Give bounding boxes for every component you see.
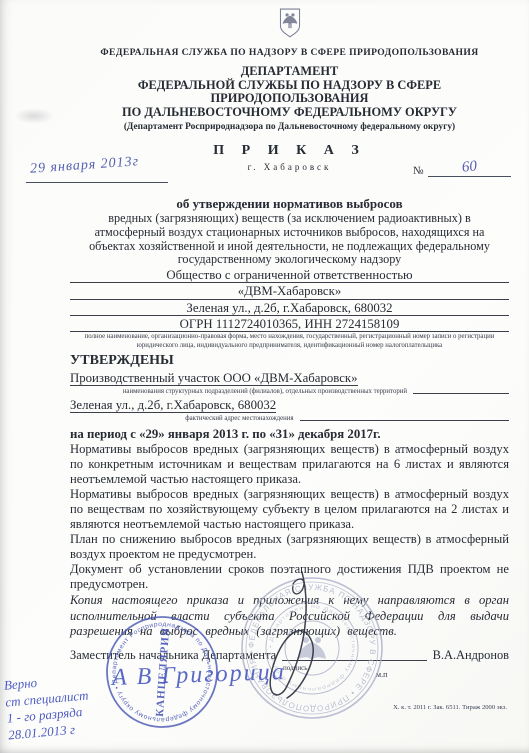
unit-caption-row: наименования структурных подразделений (… xyxy=(70,387,509,396)
signer-name: В.А.Андронов xyxy=(433,648,509,663)
subject-line: вредных (загрязняющих) веществ (за исклю… xyxy=(70,212,509,226)
org-address-line: Зеленая ул., д.2б, г.Хабаровск, 680032 xyxy=(70,302,509,316)
handwritten-number: 60 xyxy=(461,159,478,177)
department-line: ДЕПАРТАМЕНТ xyxy=(70,65,509,79)
subject-line: объектах хозяйственной и иной деятельнос… xyxy=(70,240,509,254)
body-paragraph: План по снижению выбросов вредных (загря… xyxy=(70,532,509,562)
handwritten-date: 29 января 2013г xyxy=(30,155,140,179)
certify-line: 28.01.2013 г xyxy=(8,720,92,744)
department-line: ПРИРОДОПОЛЬЗОВАНИЯ xyxy=(70,92,509,106)
department-line: ПО ДАЛЬНЕВОСТОЧНОМУ ФЕДЕРАЛЬНОМУ ОКРУГУ xyxy=(70,106,509,120)
unit-caption: наименования структурных подразделений (… xyxy=(123,388,407,396)
subject-title: об утверждении нормативов выбросов xyxy=(70,196,509,212)
signature-line xyxy=(282,660,427,661)
subject-block: вредных (загрязняющих) веществ (за исклю… xyxy=(70,212,509,266)
number-label: № xyxy=(413,165,424,177)
approved-label: УТВЕРЖДЕНЫ xyxy=(70,353,509,369)
approved-unit-row: Производственный участок ООО «ДВМ-Хабаро… xyxy=(70,369,509,387)
number-field: № 60 xyxy=(413,158,511,177)
address-line: Зеленая ул., д.2б, г.Хабаровск, 680032 xyxy=(70,398,276,413)
certify-line: ст специалист xyxy=(5,687,89,711)
organization-block: Общество с ограниченной ответственностью… xyxy=(70,269,509,350)
agency-name: ФЕДЕРАЛЬНАЯ СЛУЖБА ПО НАДЗОРУ В СФЕРЕ ПР… xyxy=(70,47,509,58)
seal-caption: м.п xyxy=(376,670,387,679)
caption-fill-line xyxy=(413,393,509,394)
copy-note-paragraph: Копия настоящего приказа и приложения к … xyxy=(70,593,509,639)
date-field: 29 января 2013г xyxy=(26,156,168,183)
subject-line: атмосферный воздух стационарных источник… xyxy=(70,226,509,240)
address-caption: фактический адрес местонахождения xyxy=(185,415,293,423)
number-line: 60 xyxy=(428,158,512,177)
signer-position: Заместитель начальника Департамента xyxy=(70,648,276,663)
certification-note: Верно ст специалист 1 - го разряда 28.01… xyxy=(3,670,92,743)
department-block: ДЕПАРТАМЕНТ ФЕДЕРАЛЬНОЙ СЛУЖБЫ ПО НАДЗОР… xyxy=(70,65,509,119)
org-ogrn-inn-line: ОГРН 1112724010365, ИНН 2724158109 xyxy=(70,318,509,332)
body-paragraph: Нормативы выбросов вредных (загрязняющих… xyxy=(70,442,509,487)
sign-caption: подпись xyxy=(283,664,307,672)
coat-of-arms-icon xyxy=(279,6,301,40)
org-name-line: «ДВМ-Хабаровск» xyxy=(70,285,509,299)
unit-line: Производственный участок ООО «ДВМ-Хабаро… xyxy=(70,371,358,386)
org-caption: полное наименование, организационно-прав… xyxy=(70,333,509,350)
date-number-row: г. Хабаровск 29 января 2013г № 60 xyxy=(70,160,509,190)
department-subtitle: (Департамент Росприроднадзора по Дальнев… xyxy=(70,122,509,132)
caption-fill-line xyxy=(300,420,509,421)
approved-address-row: Зеленая ул., д.2б, г.Хабаровск, 680032 xyxy=(70,396,509,414)
body-paragraph: Нормативы выбросов вредных (загрязняющих… xyxy=(70,487,509,532)
period-line: на период с «29» января 2013 г. по «31» … xyxy=(70,427,509,442)
signature-row: Заместитель начальника Департамента В.А.… xyxy=(70,648,509,663)
certify-line: 1 - го разряда xyxy=(6,703,90,727)
scan-smudge xyxy=(14,108,54,124)
subject-line: государственному экологическому надзору xyxy=(70,253,509,267)
scanned-order-document: ФЕДЕРАЛЬНАЯ СЛУЖБА ПО НАДЗОРУ В СФЕРЕ ПР… xyxy=(0,0,529,753)
department-line: ФЕДЕРАЛЬНОЙ СЛУЖБЫ ПО НАДЗОРУ В СФЕРЕ xyxy=(70,79,509,93)
address-caption-row: фактический адрес местонахождения xyxy=(70,414,509,423)
org-name-line: Общество с ограниченной ответственностью xyxy=(70,269,509,283)
print-code: Х. к. т. 2011 г. Зак. 6511. Тираж 2000 э… xyxy=(393,704,507,711)
body-paragraph: Документ об установлении сроков поэтапно… xyxy=(70,562,509,592)
emblem-wrap xyxy=(70,6,509,44)
signature-captions: подпись м.п xyxy=(70,663,509,677)
